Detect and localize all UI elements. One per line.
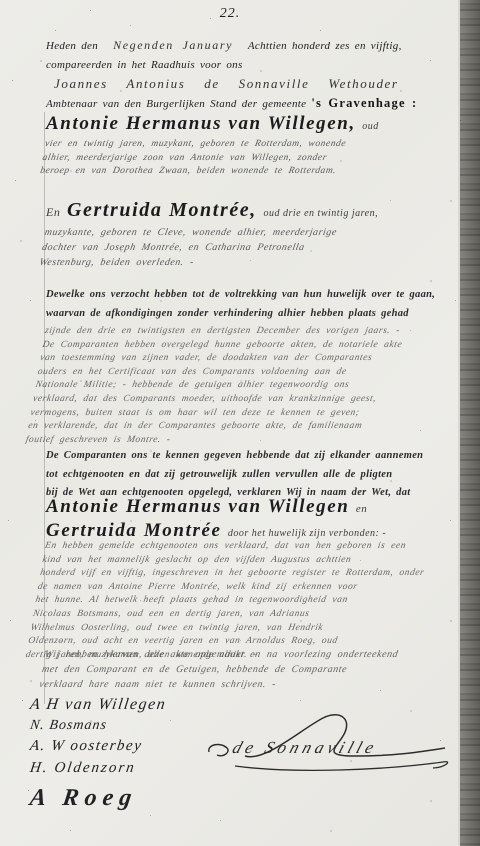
scanned-document-page: 22. Heden den Negenden January Achttien …	[0, 0, 480, 846]
text-line: foutief geschreven is Montre. -	[24, 434, 434, 448]
closing-paragraph: Wij hebben hiervan deze akte opgemaakt e…	[46, 647, 454, 692]
text-line: Ambtenaar van den Burgerlijken Stand der…	[46, 94, 454, 114]
text-line: ouders en het Certificaat van des Compar…	[36, 366, 446, 380]
text-line: kind van het mannelijk geslacht op den v…	[41, 554, 451, 568]
declaration-printed: De Comparanten ons te kennen gegeven heb…	[46, 447, 454, 503]
bride-name-suffix: oud drie en twintig jaren,	[264, 208, 379, 219]
opening-printed-post: Achttien honderd zes en vijftig,	[248, 40, 402, 52]
text-line: met den Comparant en de Getuigen, hebben…	[41, 662, 452, 677]
text-line: van toestemming van zijnen vader, de doo…	[39, 352, 449, 366]
text-line: zijnde den drie en twintigsten en dertig…	[44, 325, 454, 339]
child-recognition-handwritten: En hebben gemelde echtgenooten ons verkl…	[24, 540, 454, 662]
closing-handwritten: Wij hebben hiervan deze akte opgemaakt e…	[38, 647, 454, 692]
text-line: muzykante, geboren te Cleve, wonende alh…	[43, 225, 454, 240]
announcement-printed: Dewelke ons verzocht hebben tot de voltr…	[46, 285, 454, 323]
text-line: Wij hebben hiervan deze akte opgemaakt e…	[43, 647, 454, 662]
text-line: Dewelke ons verzocht hebben tot de voltr…	[46, 285, 454, 304]
signature-oosterbey: A. W oosterbey	[29, 738, 168, 755]
opening-printed-pre: Heden den	[46, 40, 98, 52]
text-line: De Comparanten ons te kennen gegeven heb…	[46, 447, 454, 466]
text-line: Nicolaas Botsmans, oud een en dertig jar…	[32, 608, 442, 622]
opening-date-handwritten: Negenden January	[103, 38, 243, 52]
groom-paragraph: Antonie Hermanus van Willegen, oud vier …	[46, 113, 454, 179]
text-line: het hunne. Al hetwelk heeft plaats gehad…	[34, 594, 444, 608]
text-line: beroep en van Dorothea Zwaan, beiden won…	[39, 165, 449, 179]
groom-name-big: Antonie Hermanus van Willegen	[46, 496, 349, 517]
conjunction: en	[356, 503, 367, 515]
marriage-clause: door het huwelijk zijn verbonden: -	[228, 528, 386, 539]
text-line: alhier, meerderjarige zoon van Antonie v…	[41, 152, 451, 166]
text-line: verklaard, dat des Comparants moeder, ui…	[32, 393, 442, 407]
text-line: verklaard hare naam niet te kunnen schri…	[38, 677, 449, 692]
text-line: waarvan de afkondigingen zonder verhinde…	[46, 304, 454, 323]
text-line: De Comparanten hebben overgelegd hunne g…	[41, 339, 451, 353]
bride-name-line: En Gertruida Montrée, oud drie en twinti…	[46, 199, 454, 222]
signature-van-willegen: A H van Willegen	[29, 696, 168, 714]
groom-name-suffix: oud	[362, 121, 379, 132]
signature-roeg: A Roeg	[28, 785, 168, 812]
announcement-paragraph: Dewelke ons verzocht hebben tot de voltr…	[46, 285, 454, 447]
bride-paragraph: En Gertruida Montrée, oud drie en twinti…	[46, 199, 454, 270]
text-line: honderd vijf en vijftig, ingeschreven in…	[39, 567, 449, 581]
municipality-name: 's Gravenhage :	[311, 96, 417, 110]
bride-details: muzykante, geboren te Cleve, wonende alh…	[38, 225, 454, 270]
declaration-paragraph: De Comparanten ons te kennen gegeven heb…	[46, 447, 454, 503]
text-line: dochter van Joseph Montrée, en Catharina…	[41, 240, 452, 255]
groom-name-line: Antonie Hermanus van Willegen, oud	[46, 113, 454, 135]
text-line: de namen van Antoine Pierre Montrée, wel…	[36, 581, 446, 595]
bride-name: Gertruida Montrée,	[67, 199, 257, 221]
text-line: Nationale Militie; - hebbende de getuige…	[34, 379, 444, 393]
page-number: 22.	[0, 6, 460, 22]
text-line: Wilhelmus Oosterling, oud twee en twinti…	[29, 622, 439, 636]
child-recognition-paragraph: En hebben gemelde echtgenooten ons verkl…	[46, 540, 454, 662]
text-line: Westenburg, beiden overleden. -	[38, 255, 449, 270]
witness-signatures: A H van Willegen N. Bosmans A. W oosterb…	[30, 696, 166, 812]
groom-name: Antonie Hermanus van Willegen,	[46, 113, 356, 134]
text-line: Heden den Negenden January Achttien hond…	[46, 36, 454, 56]
text-line: compareerden in het Raadhuis voor ons	[46, 56, 454, 75]
text-line: En hebben gemelde echtgenooten ons verkl…	[44, 540, 454, 554]
official-signature: de Sonnaville	[205, 712, 467, 784]
official-name-line: Joannes Antonius de Sonnaville Wethouder	[46, 74, 454, 94]
text-line: vermogens, buiten staat is om haar wil t…	[29, 407, 439, 421]
marriage-pronouncement: Antonie Hermanus van Willegen en Gertrui…	[46, 496, 454, 544]
opening-printed-office: Ambtenaar van den Burgerlijken Stand der…	[46, 98, 306, 110]
signature-bosmans: N. Bosmans	[29, 718, 167, 734]
scan-noise-light	[0, 0, 2, 2]
text-line: en verklarende, dat in der Comparantes g…	[27, 420, 437, 434]
signature-oldenzorn: H. Oldenzorn	[29, 760, 168, 777]
groom-details: vier en twintig jaren, muzykant, geboren…	[39, 138, 454, 179]
text-line: tot echtgenooten en dat zij getrouwelijk…	[46, 466, 454, 485]
announcement-handwritten: zijnde den drie en twintigsten en dertig…	[24, 325, 454, 447]
bride-intro: En	[46, 205, 60, 219]
signature-sonnaville: de Sonnaville	[230, 738, 381, 758]
text-line: vier en twintig jaren, muzykant, geboren…	[44, 138, 454, 152]
opening-paragraph: Heden den Negenden January Achttien hond…	[46, 36, 454, 114]
bride-name-big: Gertruida Montrée	[46, 520, 222, 541]
marriage-line-1: Antonie Hermanus van Willegen en	[46, 496, 454, 520]
